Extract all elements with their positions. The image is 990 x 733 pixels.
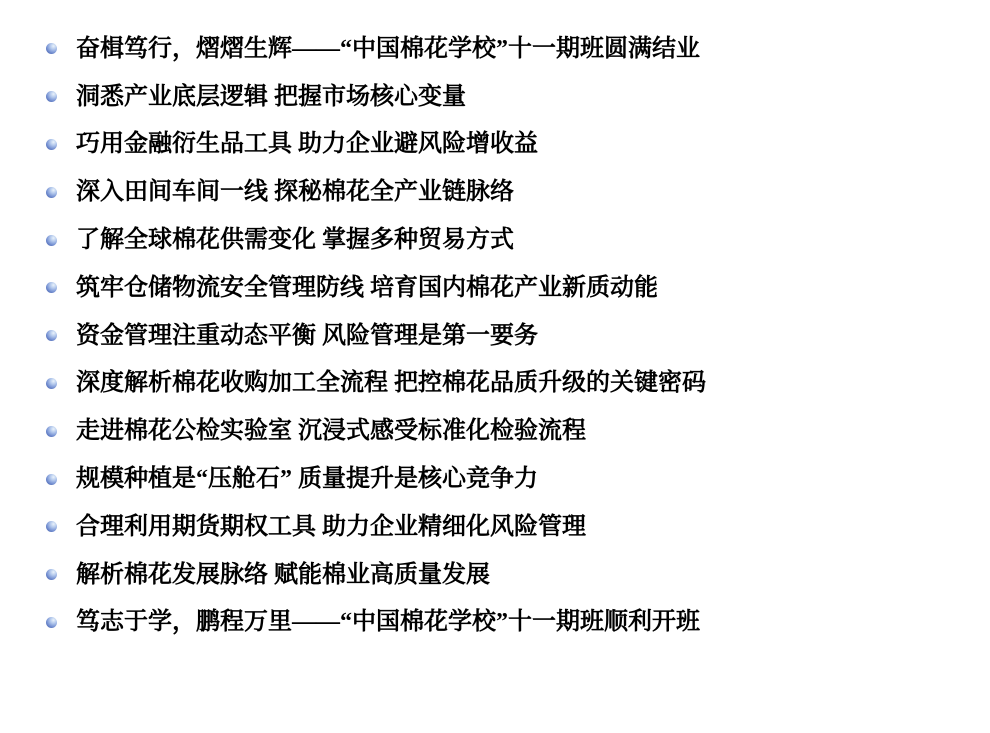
headline-text: 筑牢仓储物流安全管理防线 培育国内棉花产业新质动能: [76, 276, 658, 300]
list-item: 深入田间车间一线 探秘棉花全产业链脉络: [46, 168, 990, 216]
bullet-sphere-icon: [46, 187, 57, 198]
bullet-sphere-icon: [46, 91, 57, 102]
slide: 奋楫笃行，熠熠生辉——“中国棉花学校”十一期班圆满结业 洞悉产业底层逻辑 把握市…: [0, 0, 990, 733]
list-item: 筑牢仓储物流安全管理防线 培育国内棉花产业新质动能: [46, 264, 990, 312]
list-item: 解析棉花发展脉络 赋能棉业高质量发展: [46, 551, 990, 599]
headline-text: 合理利用期货期权工具 助力企业精细化风险管理: [76, 515, 586, 539]
list-item: 笃志于学，鹏程万里——“中国棉花学校”十一期班顺利开班: [46, 599, 990, 647]
headline-list: 奋楫笃行，熠熠生辉——“中国棉花学校”十一期班圆满结业 洞悉产业底层逻辑 把握市…: [0, 0, 990, 646]
bullet-sphere-icon: [46, 617, 57, 628]
list-item: 深度解析棉花收购加工全流程 把控棉花品质升级的关键密码: [46, 360, 990, 408]
list-item: 奋楫笃行，熠熠生辉——“中国棉花学校”十一期班圆满结业: [46, 25, 990, 73]
headline-text: 解析棉花发展脉络 赋能棉业高质量发展: [76, 563, 490, 587]
bullet-sphere-icon: [46, 43, 57, 54]
list-item: 巧用金融衍生品工具 助力企业避风险增收益: [46, 121, 990, 169]
headline-text: 深度解析棉花收购加工全流程 把控棉花品质升级的关键密码: [76, 371, 706, 395]
headline-text: 奋楫笃行，熠熠生辉——“中国棉花学校”十一期班圆满结业: [76, 37, 700, 61]
bullet-sphere-icon: [46, 426, 57, 437]
bullet-sphere-icon: [46, 139, 57, 150]
headline-text: 笃志于学，鹏程万里——“中国棉花学校”十一期班顺利开班: [76, 610, 700, 634]
headline-text: 深入田间车间一线 探秘棉花全产业链脉络: [76, 180, 514, 204]
bullet-sphere-icon: [46, 378, 57, 389]
list-item: 走进棉花公检实验室 沉浸式感受标准化检验流程: [46, 407, 990, 455]
bullet-sphere-icon: [46, 330, 57, 341]
list-item: 资金管理注重动态平衡 风险管理是第一要务: [46, 312, 990, 360]
bullet-sphere-icon: [46, 521, 57, 532]
list-item: 规模种植是“压舱石” 质量提升是核心竞争力: [46, 455, 990, 503]
list-item: 合理利用期货期权工具 助力企业精细化风险管理: [46, 503, 990, 551]
bullet-sphere-icon: [46, 282, 57, 293]
headline-text: 规模种植是“压舱石” 质量提升是核心竞争力: [76, 467, 538, 491]
headline-text: 资金管理注重动态平衡 风险管理是第一要务: [76, 324, 538, 348]
list-item: 洞悉产业底层逻辑 把握市场核心变量: [46, 73, 990, 121]
headline-text: 了解全球棉花供需变化 掌握多种贸易方式: [76, 228, 514, 252]
bullet-sphere-icon: [46, 569, 57, 580]
headline-text: 走进棉花公检实验室 沉浸式感受标准化检验流程: [76, 419, 586, 443]
headline-text: 巧用金融衍生品工具 助力企业避风险增收益: [76, 132, 538, 156]
headline-text: 洞悉产业底层逻辑 把握市场核心变量: [76, 85, 466, 109]
list-item: 了解全球棉花供需变化 掌握多种贸易方式: [46, 216, 990, 264]
bullet-sphere-icon: [46, 474, 57, 485]
bullet-sphere-icon: [46, 235, 57, 246]
